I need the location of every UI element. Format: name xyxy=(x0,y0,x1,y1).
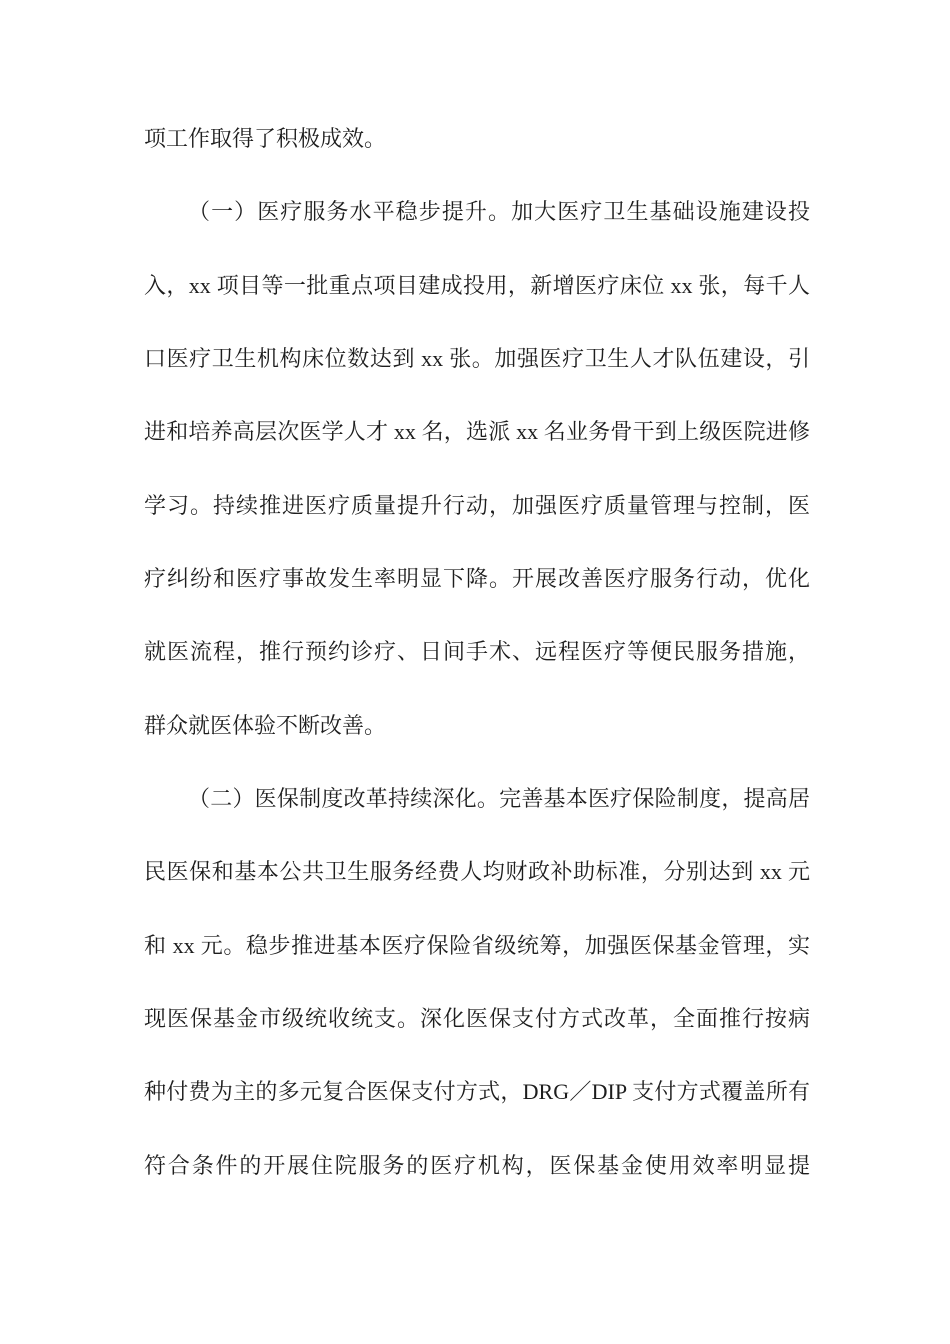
text-line: 学习。持续推进医疗质量提升行动，加强医疗质量管理与控制，医 xyxy=(144,469,810,542)
text-line: 就医流程，推行预约诊疗、日间手术、远程医疗等便民服务措施， xyxy=(144,615,810,688)
text-line: （二）医保制度改革持续深化。完善基本医疗保险制度，提高居 xyxy=(144,762,810,835)
text-line: 口医疗卫生机构床位数达到 xx 张。加强医疗卫生人才队伍建设，引 xyxy=(144,322,810,395)
text-line: （一）医疗服务水平稳步提升。加大医疗卫生基础设施建设投 xyxy=(144,175,810,248)
text-line: 现医保基金市级统收统支。深化医保支付方式改革，全面推行按病 xyxy=(144,982,810,1055)
text-line: 种付费为主的多元复合医保支付方式，DRG／DIP 支付方式覆盖所有 xyxy=(144,1055,810,1128)
text-line: 民医保和基本公共卫生服务经费人均财政补助标准，分别达到 xx 元 xyxy=(144,835,810,908)
text-line: 和 xx 元。稳步推进基本医疗保险省级统筹，加强医保基金管理，实 xyxy=(144,909,810,982)
text-line: 疗纠纷和医疗事故发生率明显下降。开展改善医疗服务行动，优化 xyxy=(144,542,810,615)
text-line: 项工作取得了积极成效。 xyxy=(144,102,810,175)
text-block: 项工作取得了积极成效。 （一）医疗服务水平稳步提升。加大医疗卫生基础设施建设投 … xyxy=(144,102,810,1202)
text-line: 符合条件的开展住院服务的医疗机构，医保基金使用效率明显提 xyxy=(144,1129,810,1202)
text-line: 进和培养高层次医学人才 xx 名，选派 xx 名业务骨干到上级医院进修 xyxy=(144,395,810,468)
document-page: 项工作取得了积极成效。 （一）医疗服务水平稳步提升。加大医疗卫生基础设施建设投 … xyxy=(0,0,950,1344)
text-line: 群众就医体验不断改善。 xyxy=(144,689,810,762)
text-line: 入，xx 项目等一批重点项目建成投用，新增医疗床位 xx 张，每千人 xyxy=(144,249,810,322)
